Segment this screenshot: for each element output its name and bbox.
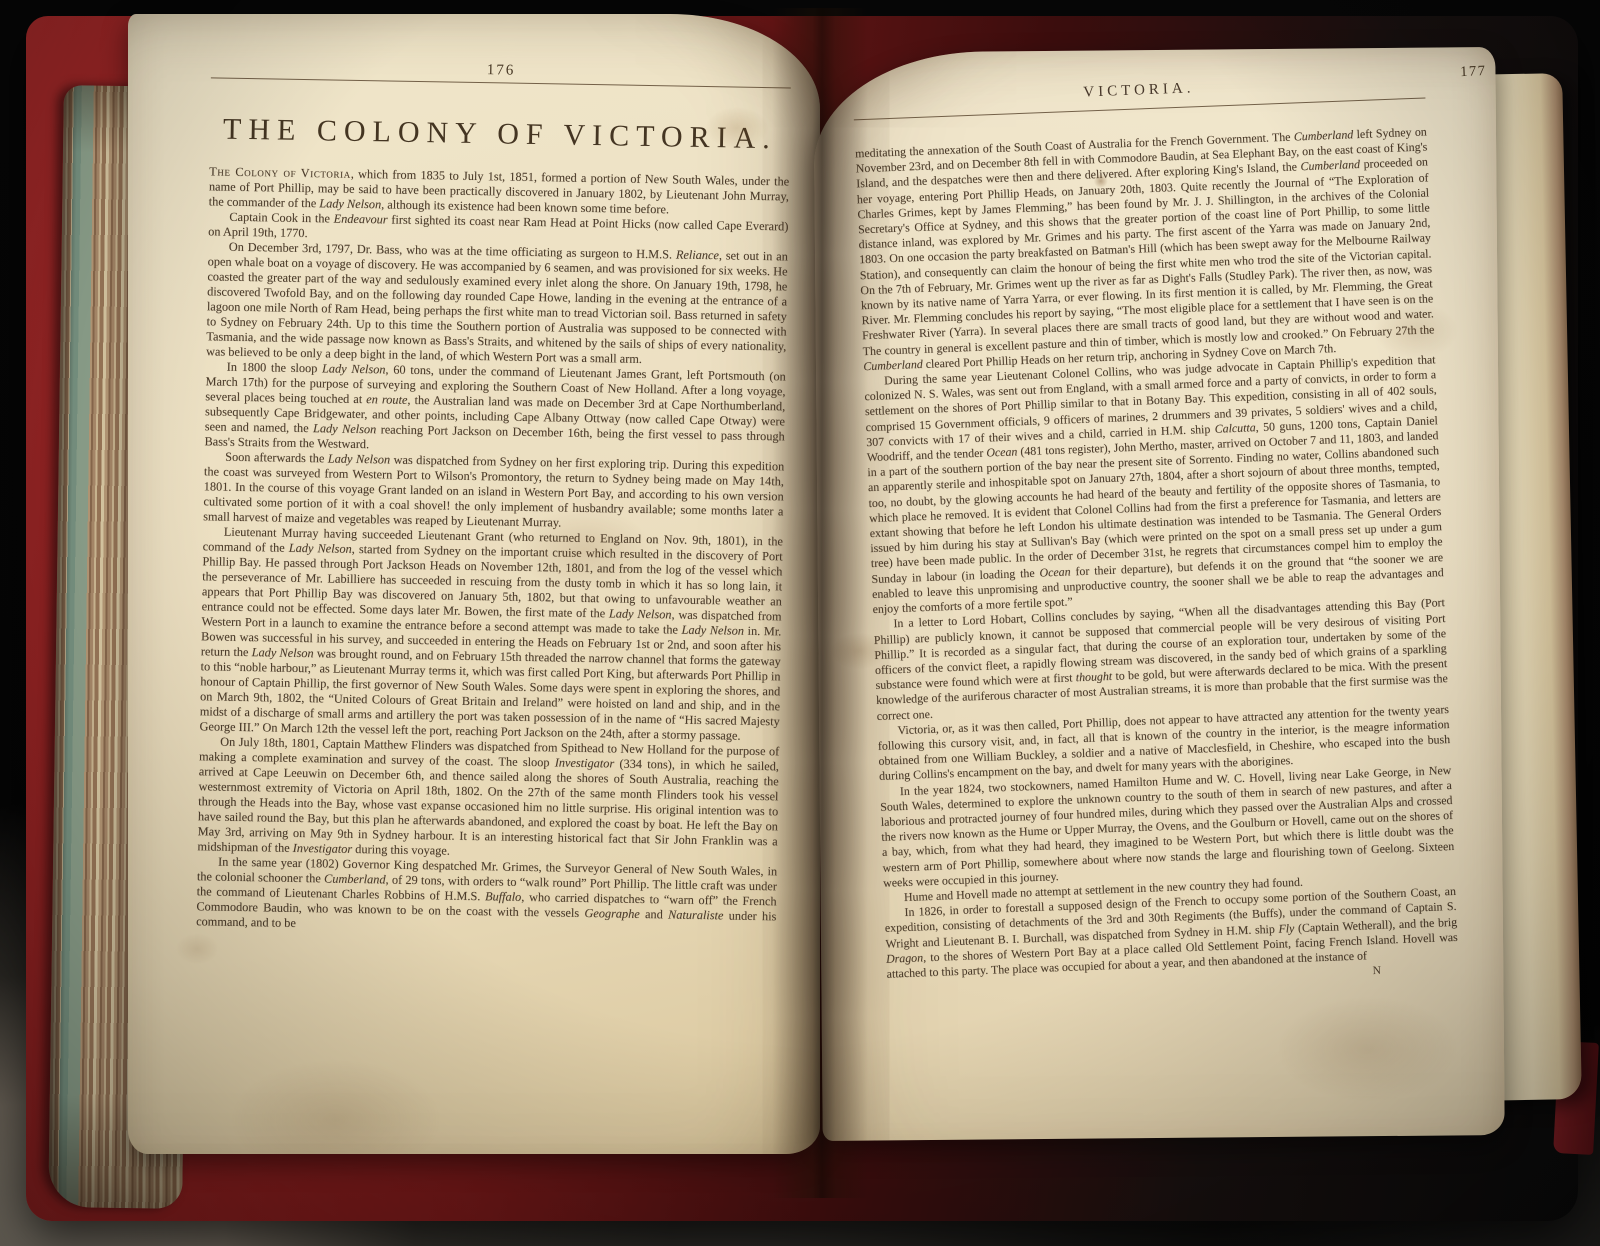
book-photo-scene: 176 THE COLONY OF VICTORIA. The Colony o… (0, 0, 1600, 1246)
paragraph: During the same year Lieutenant Colonel … (864, 352, 1445, 617)
right-page-number: 177 (1460, 63, 1487, 81)
left-page-text: The Colony of Victoria, which from 1835 … (196, 164, 789, 939)
right-page-text: meditating the annexation of the South C… (855, 124, 1459, 982)
left-page-number: 176 (211, 57, 791, 84)
left-page: 176 THE COLONY OF VICTORIA. The Colony o… (128, 14, 820, 1154)
paragraph: Soon afterwards the Lady Nelson was disp… (203, 449, 784, 534)
paragraph: In 1800 the sloop Lady Nelson, 60 tons, … (204, 359, 785, 459)
running-head-title: VICTORIA. (853, 71, 1425, 110)
paragraph: meditating the annexation of the South C… (855, 124, 1435, 374)
left-page-content: 176 THE COLONY OF VICTORIA. The Colony o… (120, 8, 828, 940)
paragraph: Lieutenant Murray having succeeded Lieut… (199, 524, 783, 744)
right-page: VICTORIA. 177 meditating the annexation … (813, 47, 1504, 1141)
paragraph: On December 3rd, 1797, Dr. Bass, who was… (206, 239, 788, 369)
running-head: VICTORIA. (853, 71, 1425, 117)
chapter-title: THE COLONY OF VICTORIA. (210, 112, 791, 156)
right-page-content: VICTORIA. 177 meditating the annexation … (800, 37, 1517, 998)
paragraph: In the same year (1802) Governor King de… (196, 854, 777, 939)
paragraph: On July 18th, 1801, Captain Matthew Flin… (197, 734, 779, 864)
